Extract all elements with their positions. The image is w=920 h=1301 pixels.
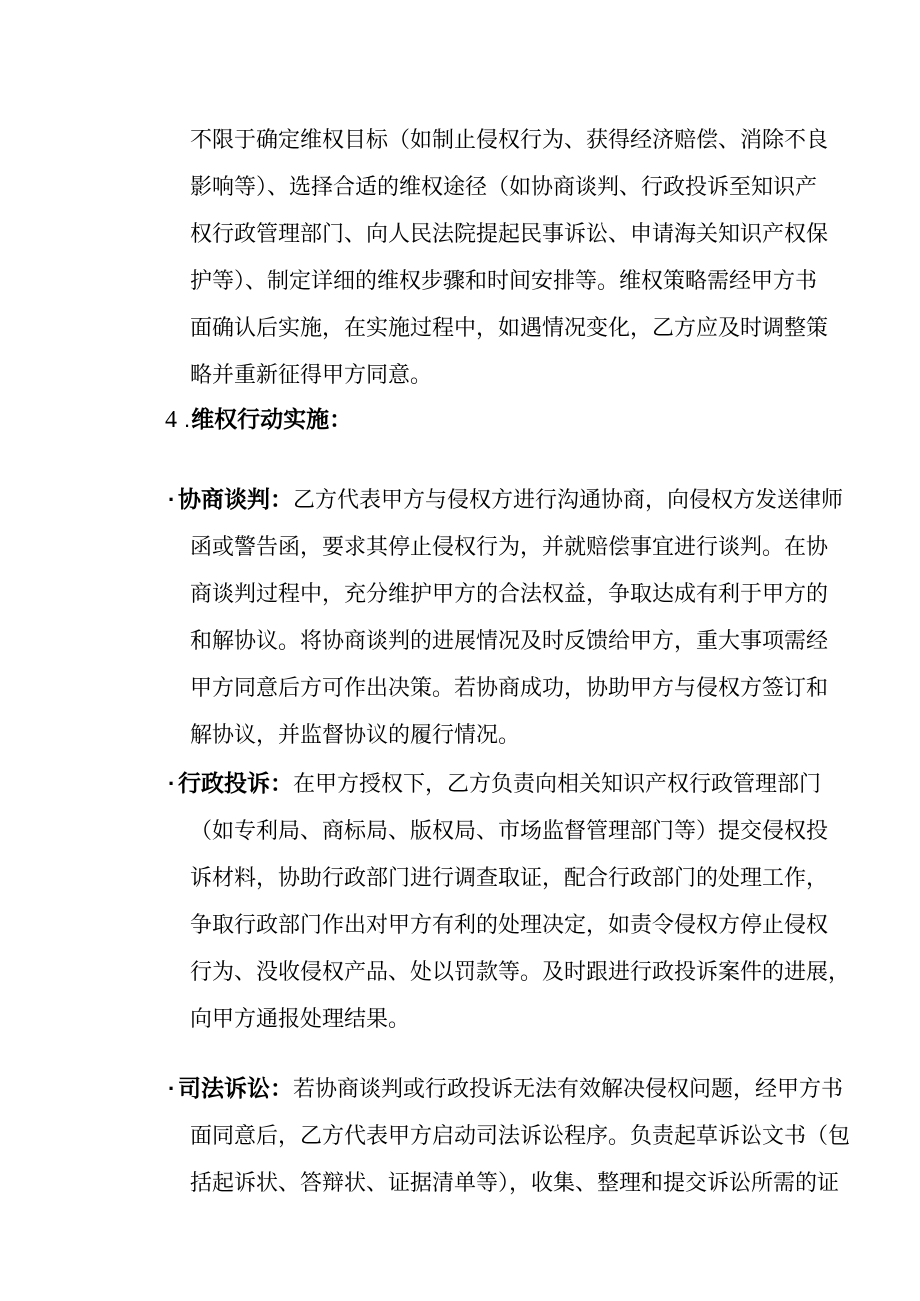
bullet-term: 行政投诉： [178, 770, 293, 796]
text-line: 函或警告函，要求其停止侵权行为，并就赔偿事宜进行谈判。在协 [168, 523, 843, 570]
bullet-marker: · [168, 476, 178, 523]
text-line: 不限于确定维权目标（如制止侵权行为、获得经济赔偿、消除不良 [190, 116, 828, 163]
section-title: 维权行动实施： [191, 406, 352, 432]
bullet-first-line: ·协商谈判：乙方代表甲方与侵权方进行沟通协商，向侵权方发送律师 [168, 476, 843, 523]
text-line: （如专利局、商标局、版权局、市场监督管理部门等）提交侵权投 [168, 807, 850, 854]
text-line: 护等）、制定详细的维权步骤和时间安排等。维权策略需经甲方书 [190, 257, 828, 304]
section-heading: 4.维权行动实施： [165, 396, 352, 444]
bullet-first-line-text: 若协商谈判或行政投诉无法有效解决侵权问题，经甲方书 [293, 1076, 843, 1101]
bullet-first-line: ·行政投诉：在甲方授权下，乙方负责向相关知识产权行政管理部门 [168, 760, 850, 807]
text-line: 影响等）、选择合适的维权途径（如协商谈判、行政投诉至知识产 [190, 163, 828, 210]
bullet-first-line-text: 在甲方授权下，乙方负责向相关知识产权行政管理部门 [293, 771, 821, 796]
text-line: 行为、没收侵权产品、处以罚款等。及时跟进行政投诉案件的进展， [168, 948, 850, 995]
bullet-term: 协商谈判： [178, 486, 293, 512]
text-line: 诉材料，协助行政部门进行调查取证，配合行政部门的处理工作， [168, 854, 850, 901]
bullet-item-administrative-complaint: ·行政投诉：在甲方授权下，乙方负责向相关知识产权行政管理部门 （如专利局、商标局… [168, 760, 850, 1042]
intro-paragraph: 不限于确定维权目标（如制止侵权行为、获得经济赔偿、消除不良 影响等）、选择合适的… [190, 116, 828, 398]
bullet-marker: · [168, 1065, 178, 1112]
bullet-item-negotiation: ·协商谈判：乙方代表甲方与侵权方进行沟通协商，向侵权方发送律师 函或警告函，要求… [168, 476, 843, 758]
bullet-marker: · [168, 760, 178, 807]
section-number-dot: . [184, 407, 190, 432]
text-line: 权行政管理部门、向人民法院提起民事诉讼、申请海关知识产权保 [190, 210, 828, 257]
bullet-term: 司法诉讼： [178, 1075, 293, 1101]
bullet-item-judicial-litigation: ·司法诉讼：若协商谈判或行政投诉无法有效解决侵权问题，经甲方书 面同意后，乙方代… [168, 1065, 850, 1206]
bullet-first-line: ·司法诉讼：若协商谈判或行政投诉无法有效解决侵权问题，经甲方书 [168, 1065, 850, 1112]
text-line: 略并重新征得甲方同意。 [190, 351, 828, 398]
section-number: 4 [165, 407, 177, 433]
text-line: 和解协议。将协商谈判的进展情况及时反馈给甲方，重大事项需经 [168, 617, 843, 664]
text-line: 面同意后，乙方代表甲方启动司法诉讼程序。负责起草诉讼文书（包 [168, 1112, 850, 1159]
text-line: 向甲方通报处理结果。 [168, 995, 850, 1042]
text-line: 甲方同意后方可作出决策。若协商成功，协助甲方与侵权方签订和 [168, 664, 843, 711]
bullet-first-line-text: 乙方代表甲方与侵权方进行沟通协商，向侵权方发送律师 [293, 487, 843, 512]
document-page: 不限于确定维权目标（如制止侵权行为、获得经济赔偿、消除不良 影响等）、选择合适的… [0, 0, 920, 1301]
text-line: 面确认后实施，在实施过程中，如遇情况变化，乙方应及时调整策 [190, 304, 828, 351]
text-line: 争取行政部门作出对甲方有利的处理决定，如责令侵权方停止侵权 [168, 901, 850, 948]
text-line: 括起诉状、答辩状、证据清单等），收集、整理和提交诉讼所需的证 [168, 1159, 850, 1206]
text-line: 商谈判过程中，充分维护甲方的合法权益，争取达成有利于甲方的 [168, 570, 843, 617]
text-line: 解协议，并监督协议的履行情况。 [168, 711, 843, 758]
